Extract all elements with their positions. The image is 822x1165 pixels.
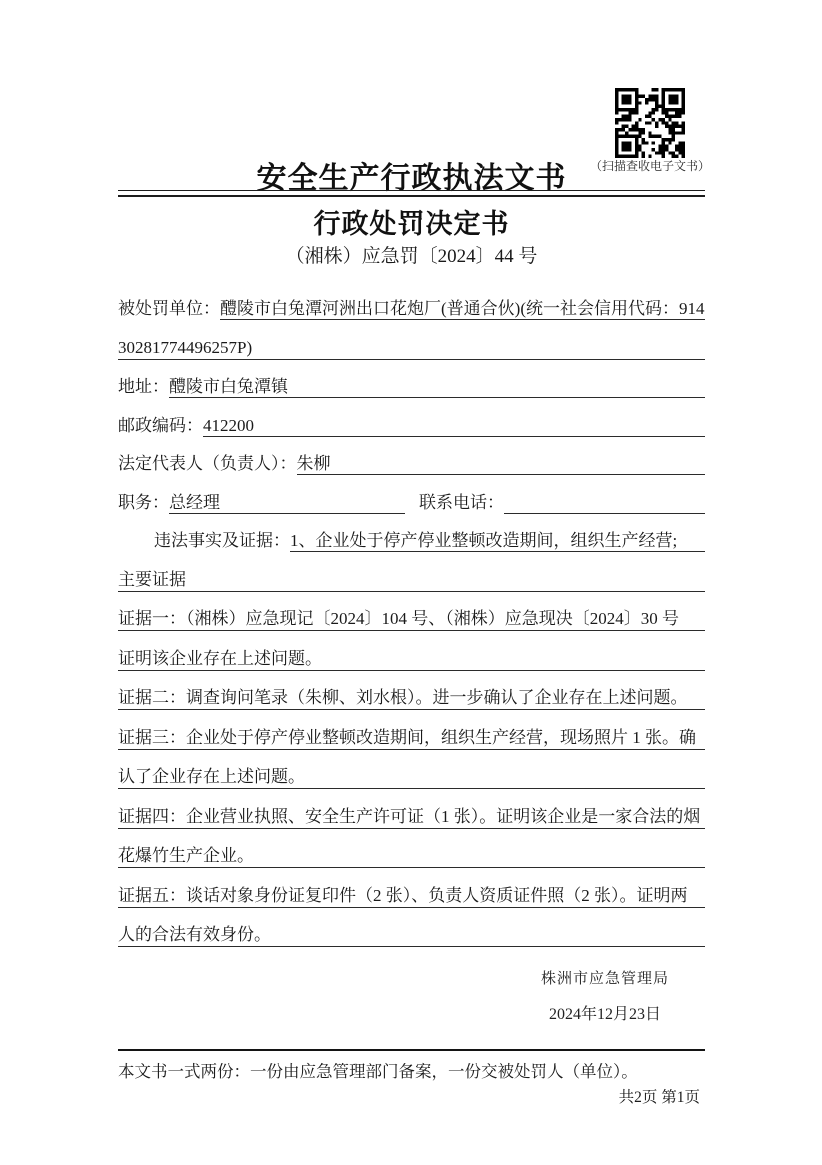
- evidence-1-line-1: 证据一：（湘株）应急现记〔2024〕104 号、（湘株）应急现决〔2024〕30…: [118, 607, 679, 630]
- evidence-4-line-1: 证据四：企业营业执照、安全生产许可证（1 张）。证明该企业是一家合法的烟: [118, 805, 700, 828]
- evidence-5-line-1: 证据五：谈话对象身份证复印件（2 张）、负责人资质证件照（2 张）。证明两: [118, 884, 688, 907]
- evidence-line: 花爆竹生产企业。: [118, 844, 705, 868]
- footer: 本文书一式两份：一份由应急管理部门备案，一份交被处罚人（单位）。 共2页 第1页: [118, 1049, 705, 1107]
- evidence-1-line-2: 证明该企业存在上述问题。: [118, 647, 322, 670]
- evidence-4-line-2: 花爆竹生产企业。: [118, 844, 254, 867]
- header-double-rule: [118, 190, 705, 197]
- punished-unit-value-cont: 30281774496257P): [118, 336, 252, 359]
- facts-label: 违法事实及证据：: [154, 529, 290, 552]
- field-facts-continuation: 主要证据: [118, 568, 705, 592]
- evidence-5-line-2: 人的合法有效身份。: [118, 923, 271, 946]
- footer-note: 本文书一式两份：一份由应急管理部门备案，一份交被处罚人（单位）。: [118, 1058, 705, 1082]
- evidence-line: 证明该企业存在上述问题。: [118, 647, 705, 671]
- evidence-3-line-1: 证据三：企业处于停产停业整顿改造期间，组织生产经营，现场照片 1 张。确: [118, 726, 696, 749]
- qr-code-image: [615, 88, 685, 158]
- phone-value: [504, 491, 705, 514]
- document-number: （湘株）应急罚〔2024〕44 号: [118, 241, 705, 268]
- field-facts: 违法事实及证据： 1、企业处于停产停业整顿改造期间，组织生产经营;: [118, 529, 705, 552]
- field-address: 地址： 醴陵市白兔潭镇: [118, 375, 705, 398]
- address-value: 醴陵市白兔潭镇: [169, 375, 705, 398]
- legal-rep-label: 法定代表人（负责人）：: [118, 452, 297, 475]
- document-body: 被处罚单位： 醴陵市白兔潭河洲出口花炮厂(普通合伙)(统一社会信用代码：914 …: [118, 297, 705, 963]
- field-postcode: 邮政编码： 412200: [118, 414, 705, 437]
- evidence-line: 证据三：企业处于停产停业整顿改造期间，组织生产经营，现场照片 1 张。确: [118, 726, 705, 750]
- phone-label: 联系电话：: [419, 491, 504, 514]
- signature-block: 株洲市应急管理局 2024年12月23日: [480, 969, 730, 1025]
- issuing-agency: 株洲市应急管理局: [480, 969, 730, 989]
- legal-rep-value: 朱柳: [297, 452, 706, 475]
- evidence-line: 认了企业存在上述问题。: [118, 765, 705, 789]
- evidence-line: 证据四：企业营业执照、安全生产许可证（1 张）。证明该企业是一家合法的烟: [118, 805, 705, 829]
- punished-unit-value: 醴陵市白兔潭河洲出口花炮厂(普通合伙)(统一社会信用代码：914: [220, 297, 705, 320]
- postcode-label: 邮政编码：: [118, 414, 203, 437]
- address-label: 地址：: [118, 375, 169, 398]
- field-punished-unit: 被处罚单位： 醴陵市白兔潭河洲出口花炮厂(普通合伙)(统一社会信用代码：914: [118, 297, 705, 320]
- evidence-2-line-1: 证据二：调查询问笔录（朱柳、刘水根）。进一步确认了企业存在上述问题。: [118, 686, 688, 709]
- document-page: （扫描查收电子文书） 安全生产行政执法文书 行政处罚决定书 （湘株）应急罚〔20…: [0, 0, 822, 1165]
- position-label: 职务：: [118, 491, 169, 514]
- spacer: [405, 491, 419, 514]
- field-legal-representative: 法定代表人（负责人）： 朱柳: [118, 452, 705, 475]
- field-punished-unit-continuation: 30281774496257P): [118, 336, 705, 360]
- page-title: 行政处罚决定书: [118, 202, 705, 241]
- qr-code: [615, 88, 685, 158]
- postcode-value: 412200: [203, 414, 705, 437]
- evidence-line: 证据二：调查询问笔录（朱柳、刘水根）。进一步确认了企业存在上述问题。: [118, 686, 705, 710]
- position-value: 总经理: [169, 491, 405, 514]
- facts-cont: 主要证据: [118, 568, 186, 591]
- evidence-line: 证据一：（湘株）应急现记〔2024〕104 号、（湘株）应急现决〔2024〕30…: [118, 607, 705, 631]
- page-indicator: 共2页 第1页: [118, 1085, 705, 1107]
- field-position-and-phone: 职务： 总经理 联系电话：: [118, 491, 705, 514]
- issue-date: 2024年12月23日: [480, 1005, 730, 1025]
- evidence-line: 证据五：谈话对象身份证复印件（2 张）、负责人资质证件照（2 张）。证明两: [118, 884, 705, 908]
- evidence-3-line-2: 认了企业存在上述问题。: [118, 765, 305, 788]
- facts-value: 1、企业处于停产停业整顿改造期间，组织生产经营;: [290, 529, 705, 552]
- evidence-line: 人的合法有效身份。: [118, 923, 705, 947]
- punished-unit-label: 被处罚单位：: [118, 297, 220, 320]
